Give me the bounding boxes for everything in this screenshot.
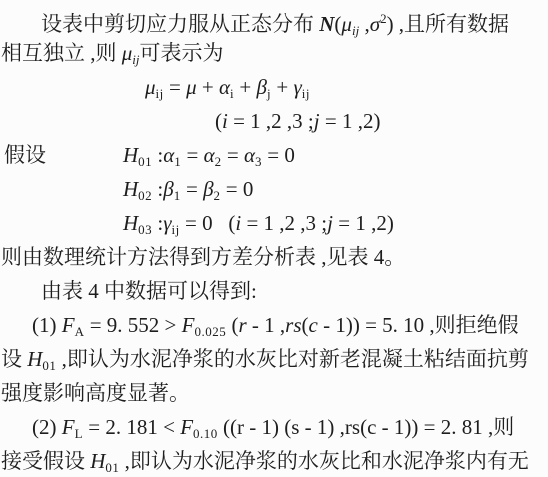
result-1-line-2: 设 H01 ,即认为水泥净浆的水灰比对新老混凝土粘结面抗剪 [0, 342, 548, 376]
equation-mu-model: μij = μ + αi + βj + γij [0, 70, 548, 104]
document-page: 设表中剪切应力服从正态分布 N(μij ,σ2) ,且所有数据相互独立 ,则 μ… [0, 0, 548, 477]
text-run: rs [285, 313, 301, 337]
text-run: ( [302, 313, 309, 337]
text-run: ,即认为水泥净浆的水灰比对新老混凝土粘结面抗剪 [56, 347, 529, 371]
text-run: α [244, 143, 255, 167]
text-run: , [359, 12, 370, 36]
text-run: = [164, 75, 186, 99]
text-run: = 1 ,2) [320, 109, 381, 133]
text-run: γ [163, 211, 171, 235]
text-run: 0.10 [193, 426, 218, 441]
text-run: μ [341, 12, 352, 36]
text-run: - 1)) = 5. 10 ,则拒绝假 [318, 313, 519, 337]
text-run: β [163, 177, 173, 201]
text-run: + [271, 75, 293, 99]
text-run: H [123, 143, 138, 167]
text-run: α [219, 75, 230, 99]
text-run: H [90, 449, 105, 473]
hypothesis-h02: H02 :β1 = β2 = 0 [0, 172, 548, 206]
text-run: = [181, 143, 203, 167]
text-run: F [62, 415, 75, 439]
text-run: α [163, 143, 174, 167]
result-2-line-2: 接受假设 H01 ,即认为水泥净浆的水灰比和水泥净浆内有无 [0, 444, 548, 477]
text-run: L [75, 426, 83, 441]
text-run: 2 [214, 188, 221, 203]
text-run: 03 [138, 222, 152, 237]
text-run: = 0 ( [180, 211, 236, 235]
text-run: - 1 , [247, 313, 286, 337]
text-run: 强度影响高度显著。 [1, 381, 190, 405]
text-run: c [309, 313, 318, 337]
para-intro-line-2: 相互独立 ,则 μij可表示为 [0, 36, 548, 70]
text-run: β [257, 75, 267, 99]
text-run: ij [132, 52, 139, 67]
text-run: 则由数理统计方法得到方差分析表 ,见表 4。 [1, 245, 405, 269]
text-run: 1 [174, 188, 181, 203]
text-run: ) ,且所有数据 [387, 12, 510, 36]
para-anova-table: 则由数理统计方法得到方差分析表 ,见表 4。 [0, 240, 548, 274]
result-1-line-1: (1) FA = 9. 552 > F0.025 (r - 1 ,rs(c - … [0, 308, 548, 342]
text-run: 接受假设 [1, 449, 90, 473]
text-run: (2) [32, 415, 62, 439]
text-run: 02 [138, 188, 152, 203]
text-run: = 9. 552 > [84, 313, 181, 337]
text-run: F [182, 313, 195, 337]
text-run: F [62, 313, 75, 337]
result-2-line-1: (2) FL = 2. 181 < F0.10 ((r - 1) (s - 1)… [0, 410, 548, 444]
text-run: σ [370, 12, 380, 36]
text-run: (1) [32, 313, 62, 337]
text-run: N [319, 12, 334, 36]
para-intro-line-1: 设表中剪切应力服从正态分布 N(μij ,σ2) ,且所有数据 [0, 2, 548, 36]
text-run: 设表中剪切应力服从正态分布 [41, 12, 319, 36]
document-text-block: 设表中剪切应力服从正态分布 N(μij ,σ2) ,且所有数据相互独立 ,则 μ… [0, 2, 548, 477]
text-run: 0.025 [194, 324, 226, 339]
text-run: = [181, 177, 203, 201]
text-run: + [234, 75, 256, 99]
text-run: H [27, 347, 42, 371]
text-run: = 1 ,2) [333, 211, 394, 235]
text-run: γ [293, 75, 301, 99]
hypothesis-h01: 假设H01 :α1 = α2 = α3 = 0 [0, 138, 548, 172]
text-run: ( [215, 109, 222, 133]
text-run: 设 [1, 347, 27, 371]
text-run: = 0 [262, 143, 295, 167]
text-run: β [203, 177, 213, 201]
hypothesis-h01-label: 假设 [4, 138, 46, 172]
text-run: = [222, 143, 244, 167]
text-run: H [123, 177, 138, 201]
text-run: A [75, 324, 85, 339]
text-run: H [123, 211, 138, 235]
text-run: μ [186, 75, 197, 99]
text-run: + [197, 75, 219, 99]
text-run: ij [302, 86, 310, 101]
text-run: ij [172, 222, 180, 237]
text-run: = 0 [221, 177, 254, 201]
text-run: ,即认为水泥净浆的水灰比和水泥净浆内有无 [119, 449, 529, 473]
text-run: ((r - 1) (s - 1) ,rs(c - 1)) = 2. 81 ,则 [218, 415, 514, 439]
text-run: = 2. 181 < [83, 415, 180, 439]
text-run: r [238, 313, 246, 337]
para-table4-intro: 由表 4 中数据可以得到: [0, 274, 548, 308]
text-run: 可表示为 [140, 41, 224, 65]
text-run: = 1 ,2 ,3 ; [228, 109, 314, 133]
text-run: 01 [42, 358, 56, 373]
text-run: 01 [138, 154, 152, 169]
text-run: F [180, 415, 193, 439]
text-run: ( [226, 313, 238, 337]
result-1-line-3: 强度影响高度显著。 [0, 376, 548, 410]
text-run: 01 [105, 460, 119, 475]
text-run: = 1 ,2 ,3 ; [241, 211, 327, 235]
text-run: α [204, 143, 215, 167]
text-run: 3 [255, 154, 262, 169]
equation-index-range: (i = 1 ,2 ,3 ;j = 1 ,2) [0, 104, 548, 138]
text-run: 相互独立 ,则 [1, 41, 122, 65]
text-run: 由表 4 中数据可以得到: [41, 279, 257, 303]
text-run: μ [122, 41, 133, 65]
text-run: ij [156, 86, 164, 101]
hypothesis-h03: H03 :γij = 0 (i = 1 ,2 ,3 ;j = 1 ,2) [0, 206, 548, 240]
text-run: μ [145, 75, 156, 99]
text-run: : [152, 177, 163, 201]
text-run: 2 [215, 154, 222, 169]
text-run: : [152, 211, 163, 235]
text-run: : [152, 143, 163, 167]
